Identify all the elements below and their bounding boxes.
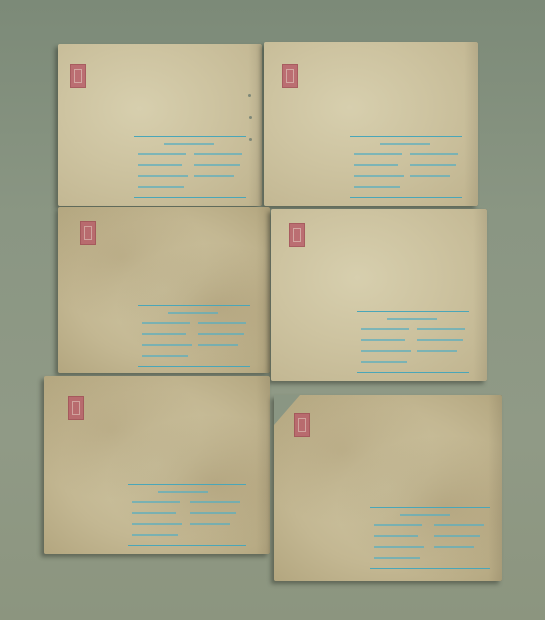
photo-scene	[0, 0, 545, 620]
book-edge	[464, 42, 478, 206]
colophon-block	[138, 305, 250, 367]
book-edge	[248, 44, 262, 206]
red-seal-stamp	[68, 396, 84, 420]
book-edge	[473, 209, 487, 381]
red-seal-stamp	[294, 413, 310, 437]
book-back-cover	[274, 395, 502, 581]
book-back-cover	[271, 209, 487, 381]
book-edge	[488, 395, 502, 581]
colophon-block	[350, 136, 462, 198]
book-back-cover	[264, 42, 478, 206]
book-edge	[256, 207, 270, 373]
book-back-cover	[44, 376, 270, 554]
book-back-cover	[58, 44, 262, 206]
red-seal-stamp	[80, 221, 96, 245]
book-back-cover	[58, 207, 270, 373]
red-seal-stamp	[70, 64, 86, 88]
binding-hole	[248, 94, 251, 97]
colophon-block	[370, 507, 490, 569]
red-seal-stamp	[282, 64, 298, 88]
red-seal-stamp	[289, 223, 305, 247]
colophon-block	[357, 311, 469, 373]
book-edge	[256, 376, 270, 554]
binding-hole	[249, 116, 252, 119]
binding-hole	[249, 138, 252, 141]
colophon-block	[128, 484, 246, 546]
colophon-block	[134, 136, 246, 198]
